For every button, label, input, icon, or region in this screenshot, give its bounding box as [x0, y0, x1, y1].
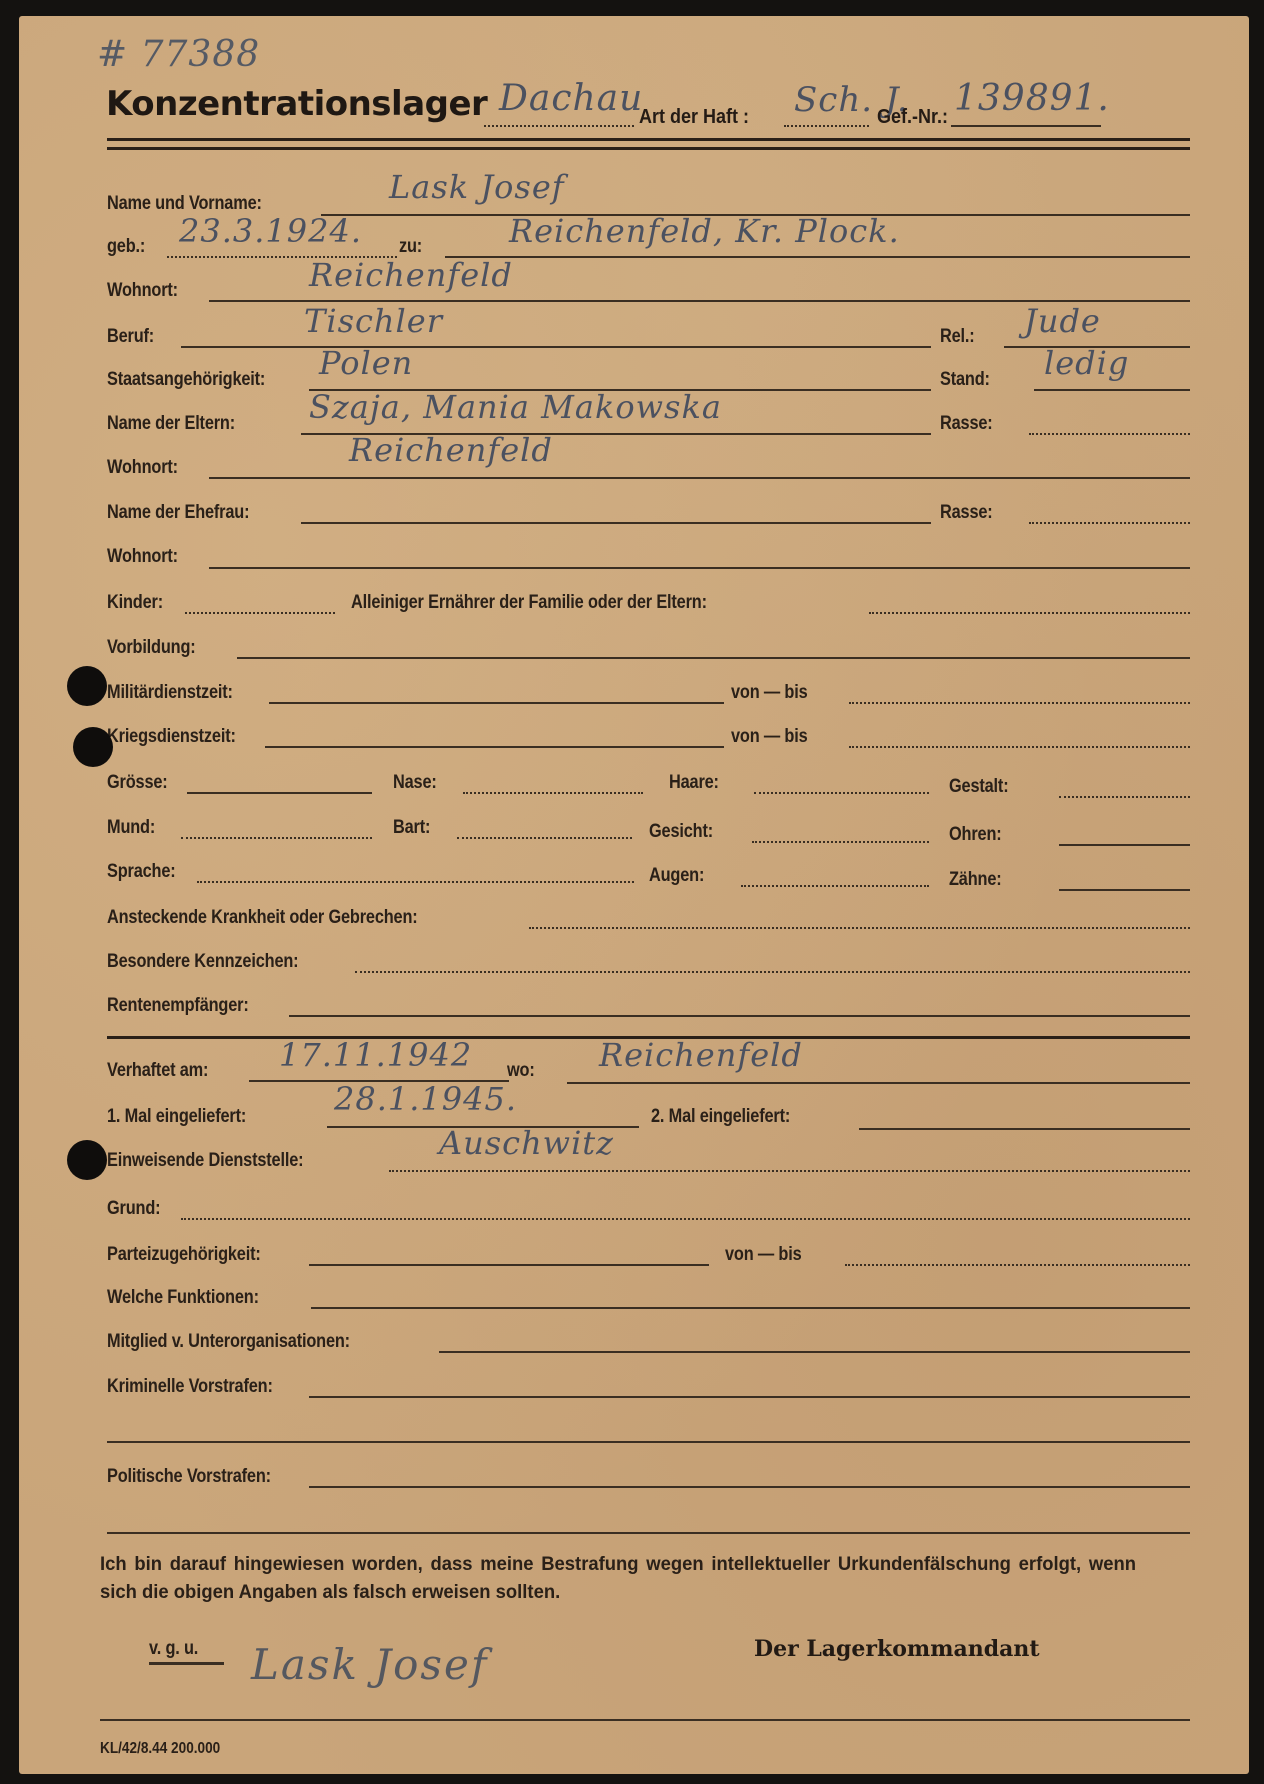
partei-line: [309, 1264, 709, 1266]
wo-value: Reichenfeld: [599, 1036, 803, 1074]
partei-von-bis: von — bis: [725, 1244, 802, 1266]
declaration-text: Ich bin darauf hingewiesen worden, dass …: [100, 1551, 1136, 1607]
politisch-label: Politische Vorstrafen:: [107, 1466, 271, 1488]
vorbildung-label: Vorbildung:: [107, 637, 196, 659]
eltern-wohnort-value: Reichenfeld: [349, 431, 553, 469]
ohren-label: Ohren:: [949, 824, 1002, 846]
geb-value: 23.3.1924.: [179, 212, 362, 250]
zu-line: [445, 256, 1190, 258]
art-der-haft-label: Art der Haft :: [639, 106, 749, 129]
dienststelle-value: Auschwitz: [439, 1124, 614, 1162]
kriegs-label: Kriegsdienstzeit:: [107, 726, 236, 748]
nase-label: Nase:: [393, 772, 437, 794]
beruf-label: Beruf:: [107, 326, 154, 348]
grund-line: [181, 1218, 1190, 1220]
gestalt-line: [1059, 796, 1190, 798]
partei-von-bis-line: [845, 1264, 1190, 1266]
politisch-line-2: [107, 1532, 1190, 1534]
kinder-label: Kinder:: [107, 592, 163, 614]
name-value: Lask Josef: [389, 168, 565, 206]
archive-number: # 77388: [97, 34, 260, 75]
kriminell-line: [309, 1396, 1190, 1398]
gef-nr-value: 139891.: [954, 78, 1110, 119]
beruf-line: [181, 346, 931, 348]
eltern-wohnort-line: [209, 477, 1190, 479]
krankheit-line: [529, 927, 1190, 929]
zu-label: zu:: [399, 236, 422, 258]
kriegs-von-bis-line: [849, 746, 1190, 748]
header-rule-2: [107, 147, 1190, 150]
verhaftet-label: Verhaftet am:: [107, 1060, 208, 1082]
gestalt-label: Gestalt:: [949, 776, 1008, 798]
sprache-line: [197, 881, 634, 883]
mal1-label: 1. Mal eingeliefert:: [107, 1106, 246, 1128]
kommandant-label: Der Lagerkommandant: [754, 1636, 1040, 1662]
dienststelle-label: Einweisende Dienststelle:: [107, 1150, 303, 1172]
registration-card: # 77388 Konzentrationslager Dachau Art d…: [19, 16, 1249, 1774]
zu-value: Reichenfeld, Kr. Plock.: [509, 212, 900, 250]
gesicht-line: [752, 841, 929, 843]
mal1-value: 28.1.1945.: [334, 1080, 517, 1118]
sprache-label: Sprache:: [107, 861, 176, 883]
militaer-line: [269, 702, 724, 704]
rasse-line: [1029, 433, 1190, 435]
mal2-line: [859, 1128, 1190, 1130]
mund-label: Mund:: [107, 817, 155, 839]
ehefrau-label: Name der Ehefrau:: [107, 502, 249, 524]
rasse2-label: Rasse:: [940, 502, 993, 524]
punch-hole-3: [67, 1140, 107, 1180]
eltern-value: Szaja, Mania Makowska: [309, 388, 722, 426]
kriegs-line: [265, 746, 724, 748]
stand-line: [1034, 389, 1190, 391]
rente-label: Rentenempfänger:: [107, 995, 249, 1017]
ehefrau-wohnort-line: [209, 567, 1190, 569]
vgu-underline: [149, 1662, 224, 1665]
gef-nr-label: Gef.-Nr.:: [877, 106, 948, 129]
zaehne-label: Zähne:: [949, 869, 1002, 891]
page-title: Konzentrationslager: [106, 84, 487, 124]
signature: Lask Josef: [251, 1640, 488, 1689]
kriegs-von-bis: von — bis: [731, 726, 808, 748]
eltern-wohnort-label: Wohnort:: [107, 457, 178, 479]
ernaehrer-label: Alleiniger Ernährer der Familie oder der…: [351, 592, 707, 614]
bart-line: [457, 837, 632, 839]
partei-label: Parteizugehörigkeit:: [107, 1244, 261, 1266]
wo-line: [567, 1082, 1190, 1084]
header-rule-1: [107, 138, 1190, 141]
politisch-line: [309, 1486, 1190, 1488]
augen-label: Augen:: [649, 865, 704, 887]
unterorg-line: [439, 1351, 1190, 1353]
rente-line: [289, 1015, 1190, 1017]
nase-line: [463, 792, 643, 794]
bottom-rule: [100, 1719, 1190, 1721]
kriminell-label: Kriminelle Vorstrafen:: [107, 1376, 273, 1398]
mal2-label: 2. Mal eingeliefert:: [651, 1106, 790, 1128]
grund-label: Grund:: [107, 1198, 160, 1220]
punch-hole-1: [67, 666, 107, 706]
footer-code: KL/42/8.44 200.000: [100, 1740, 220, 1758]
wohnort-label: Wohnort:: [107, 280, 178, 302]
krankheit-label: Ansteckende Krankheit oder Gebrechen:: [107, 907, 418, 929]
rasse2-line: [1029, 522, 1190, 524]
kinder-line: [185, 612, 335, 614]
rel-value: Jude: [1024, 302, 1101, 340]
unterorg-label: Mitglied v. Unterorganisationen:: [107, 1331, 350, 1353]
gesicht-label: Gesicht:: [649, 821, 713, 843]
haare-label: Haare:: [669, 772, 719, 794]
staat-value: Polen: [319, 344, 413, 382]
ohren-line: [1059, 844, 1190, 846]
kriminell-line-2: [107, 1441, 1190, 1443]
wohnort-value: Reichenfeld: [309, 256, 513, 294]
dienststelle-line: [389, 1170, 1190, 1172]
funktionen-label: Welche Funktionen:: [107, 1287, 259, 1309]
groesse-label: Grösse:: [107, 772, 168, 794]
militaer-von-bis-line: [849, 702, 1190, 704]
vgu-label: v. g. u.: [149, 1638, 198, 1660]
ernaehrer-line: [869, 612, 1190, 614]
mund-line: [181, 837, 372, 839]
staat-label: Staatsangehörigkeit:: [107, 369, 265, 391]
haare-line: [754, 792, 929, 794]
camp-line: [484, 125, 634, 127]
geb-label: geb.:: [107, 236, 145, 258]
rasse-label: Rasse:: [940, 413, 993, 435]
augen-line: [741, 885, 929, 887]
ehefrau-wohnort-label: Wohnort:: [107, 546, 178, 568]
beruf-value: Tischler: [304, 302, 443, 340]
bart-label: Bart:: [393, 817, 430, 839]
stand-value: ledig: [1044, 344, 1129, 382]
militaer-von-bis: von — bis: [731, 682, 808, 704]
militaer-label: Militärdienstzeit:: [107, 682, 233, 704]
eltern-label: Name der Eltern:: [107, 413, 235, 435]
art-der-haft-line: [784, 125, 869, 127]
ehefrau-line: [301, 522, 931, 524]
kennzeichen-line: [355, 971, 1190, 973]
gef-nr-line: [951, 125, 1101, 127]
zaehne-line: [1059, 889, 1190, 891]
camp-value: Dachau: [499, 78, 643, 119]
verhaftet-value: 17.11.1942: [279, 1036, 472, 1074]
vorbildung-line: [237, 657, 1190, 659]
punch-hole-2: [73, 727, 113, 767]
kennzeichen-label: Besondere Kennzeichen:: [107, 951, 298, 973]
rel-label: Rel.:: [940, 326, 975, 348]
funktionen-line: [311, 1307, 1190, 1309]
stand-label: Stand:: [940, 369, 990, 391]
wo-label: wo:: [507, 1060, 535, 1082]
groesse-line: [187, 792, 372, 794]
